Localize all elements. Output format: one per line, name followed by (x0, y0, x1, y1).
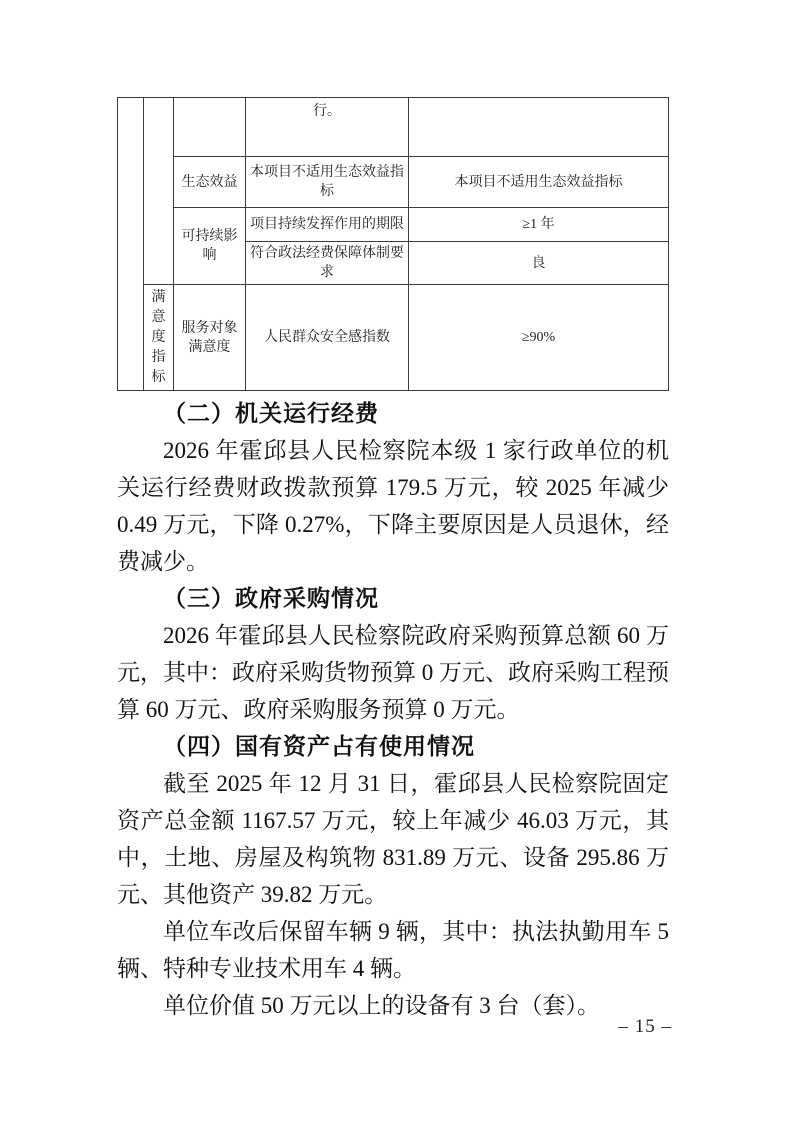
body-paragraph: 2026 年霍邱县人民检察院政府采购预算总额 60 万元，其中：政府采购货物预算… (117, 617, 669, 728)
document-body: （二）机关运行经费 2026 年霍邱县人民检察院本级 1 家行政单位的机关运行经… (117, 395, 669, 1024)
body-paragraph: 截至 2025 年 12 月 31 日，霍邱县人民检察院固定资产总金额 1167… (117, 765, 669, 913)
table-cell-continuation-text: 行。 (246, 98, 409, 157)
table-row: 生态效益 本项目不适用生态效益指标 本项目不适用生态效益指标 (118, 157, 669, 208)
table-cell-eco-indicator: 本项目不适用生态效益指标 (246, 157, 409, 208)
table-cell-outer-group-empty (118, 98, 144, 391)
table-cell-sustain-value-2: 良 (409, 242, 669, 285)
table-cell-eco-value: 本项目不适用生态效益指标 (409, 157, 669, 208)
body-paragraph: 单位车改后保留车辆 9 辆，其中：执法执勤用车 5 辆、特种专业技术用车 4 辆… (117, 913, 669, 987)
table-cell-sustain-label: 可持续影响 (174, 208, 246, 285)
table-cell-satisfaction-group-label: 满意度指标 (144, 285, 174, 391)
performance-indicator-table: 行。 生态效益 本项目不适用生态效益指标 本项目不适用生态效益指标 可持续影响 … (117, 97, 669, 391)
table-cell-sustain-indicator-1: 项目持续发挥作用的期限 (246, 208, 409, 242)
table-cell-group-empty (144, 98, 174, 285)
table-row: 行。 (118, 98, 669, 157)
table-cell-continuation-value (409, 98, 669, 157)
body-paragraph: 2026 年霍邱县人民检察院本级 1 家行政单位的机关运行经费财政拨款预算 17… (117, 432, 669, 580)
section-heading-agency-operating-funds: （二）机关运行经费 (117, 395, 669, 432)
page-number: – 15 – (619, 1016, 673, 1038)
body-paragraph: 单位价值 50 万元以上的设备有 3 台（套）。 (117, 987, 669, 1024)
table-cell-eco-label: 生态效益 (174, 157, 246, 208)
table-cell-satisfaction-label: 服务对象满意度 (174, 285, 246, 391)
document-page: 行。 生态效益 本项目不适用生态效益指标 本项目不适用生态效益指标 可持续影响 … (0, 0, 793, 1122)
table-cell-satisfaction-indicator: 人民群众安全感指数 (246, 285, 409, 391)
table-cell-satisfaction-value: ≥90% (409, 285, 669, 391)
table-cell-category-empty (174, 98, 246, 157)
table-cell-sustain-indicator-2: 符合政法经费保障体制要求 (246, 242, 409, 285)
section-heading-government-procurement: （三）政府采购情况 (117, 580, 669, 617)
table-row: 满意度指标 服务对象满意度 人民群众安全感指数 ≥90% (118, 285, 669, 391)
table-cell-sustain-value-1: ≥1 年 (409, 208, 669, 242)
table-row: 可持续影响 项目持续发挥作用的期限 ≥1 年 (118, 208, 669, 242)
section-heading-state-owned-assets: （四）国有资产占有使用情况 (117, 728, 669, 765)
